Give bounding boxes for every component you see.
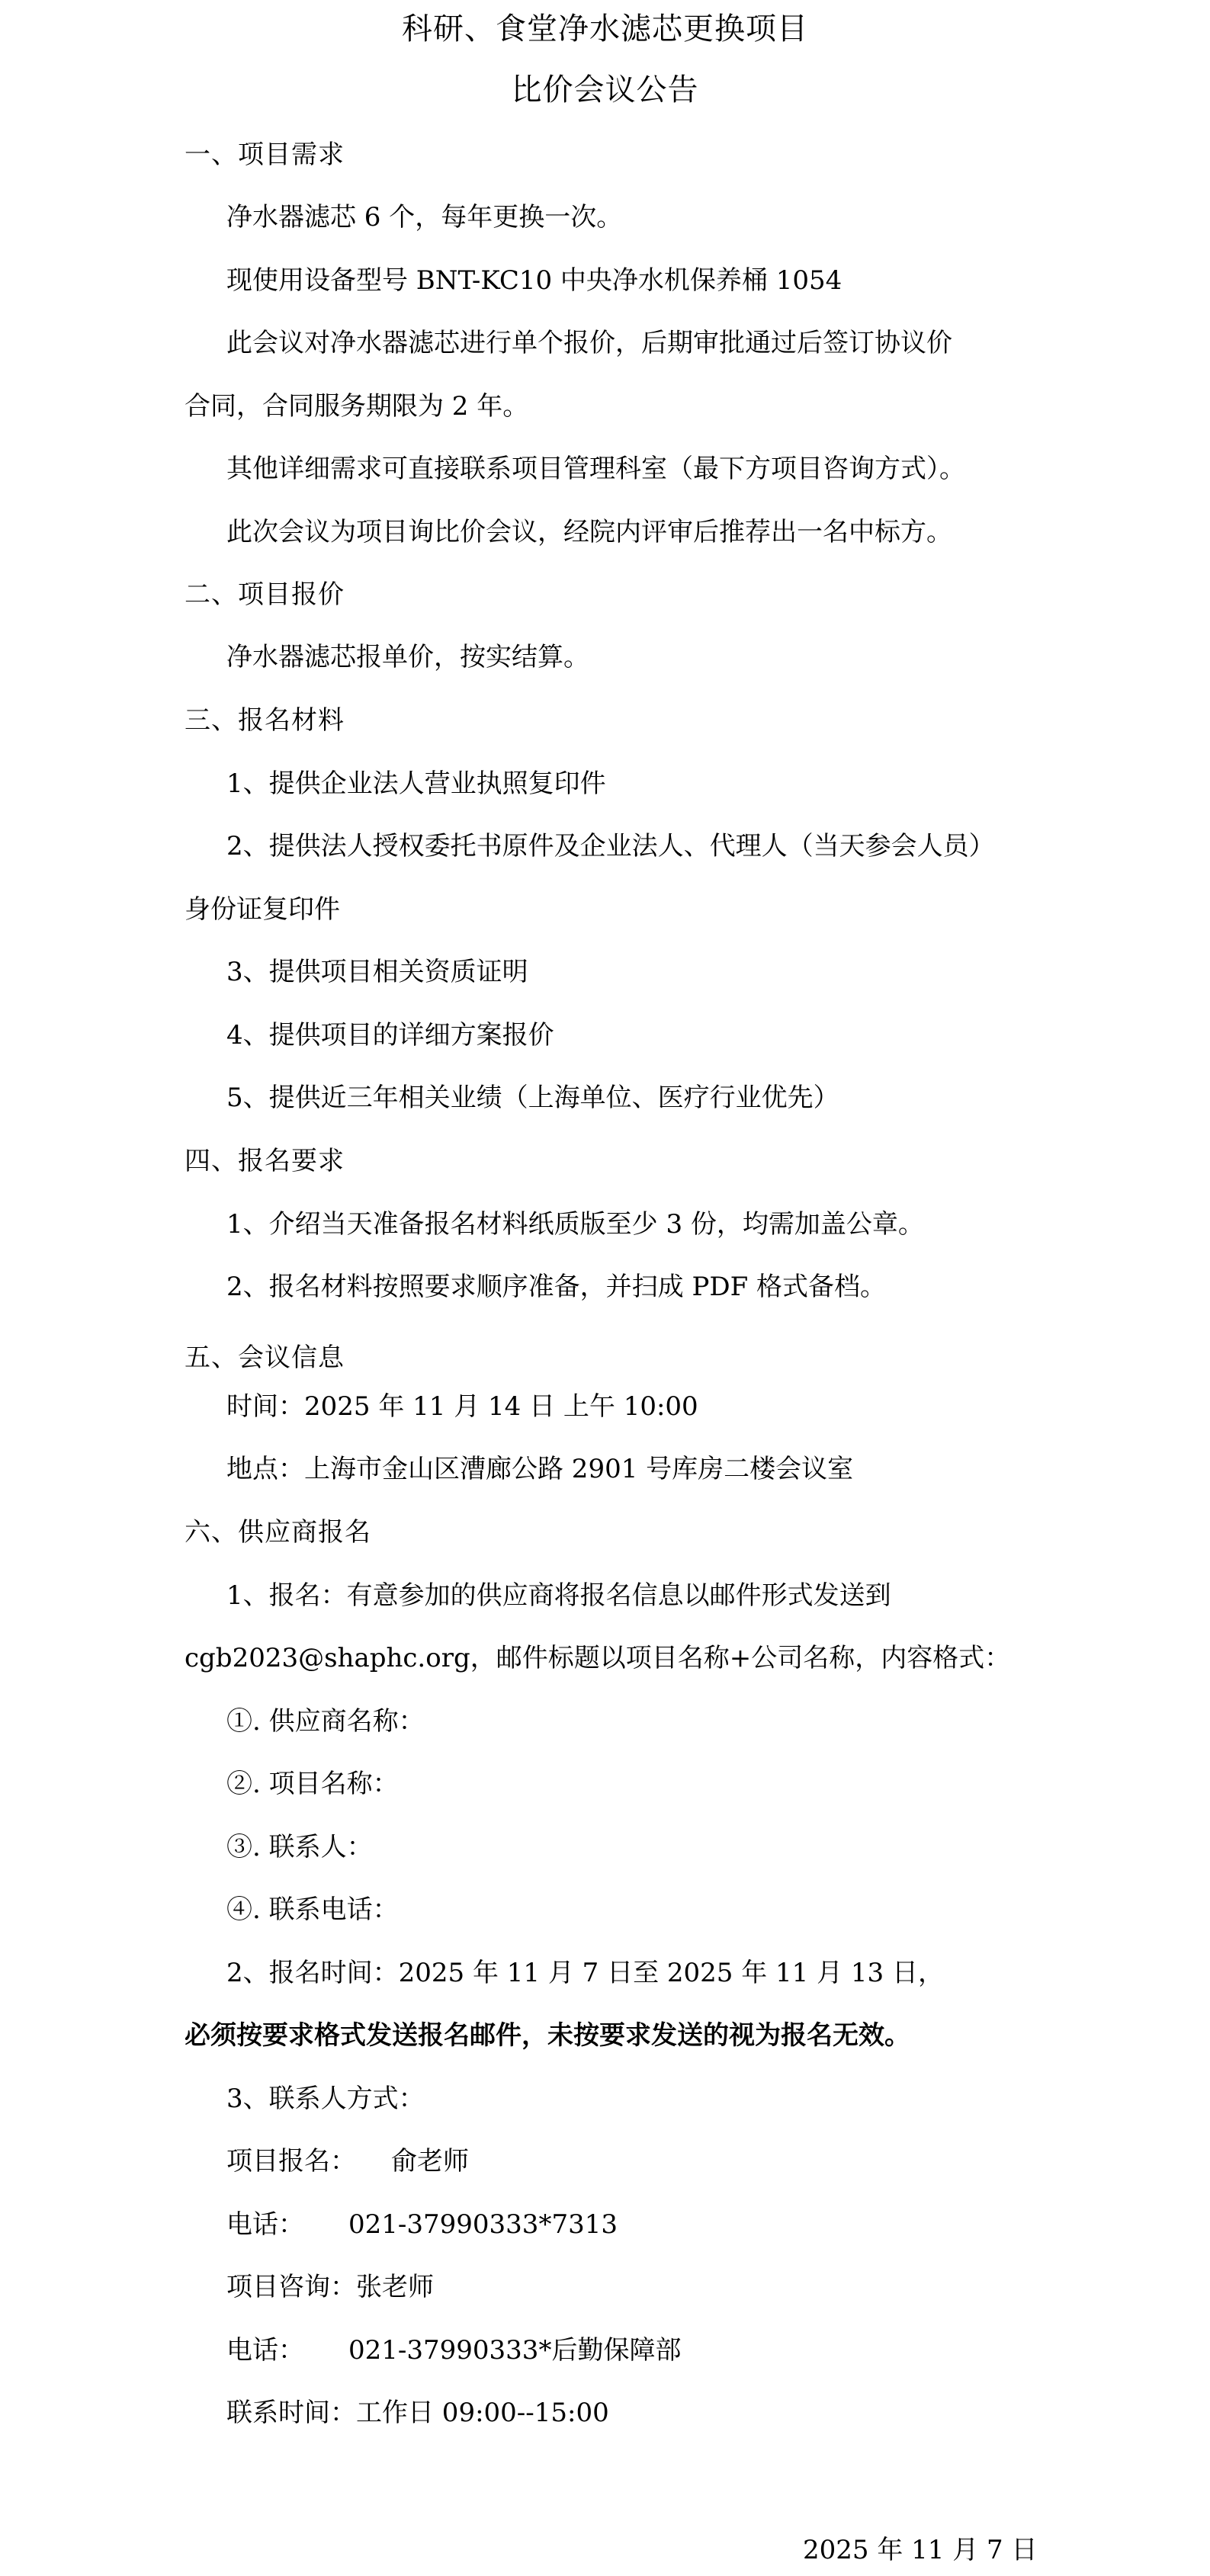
list-item: 1、提供企业法人营业执照复印件	[226, 768, 606, 799]
registration-warning: 必须按要求格式发送报名邮件，未按要求发送的视为报名无效。	[185, 2020, 910, 2051]
contact-hours-label: 联系时间：	[226, 2398, 356, 2428]
paragraph: 其他详细需求可直接联系项目管理科室（最下方项目咨询方式）。	[226, 454, 965, 484]
list-item: 2、报名材料按照要求顺序准备，并扫成 PDF 格式备档。	[226, 1272, 886, 1302]
phone-number: 021-37990333*7313	[348, 2209, 618, 2240]
paragraph: 此会议对净水器滤芯进行单个报价，后期审批通过后签订协议价	[226, 328, 952, 358]
section-heading-supplier-registration: 六、供应商报名	[185, 1517, 371, 1548]
list-item: 2、提供法人授权委托书原件及企业法人、代理人（当天参会人员）	[226, 831, 995, 861]
contact-registration: 项目报名：俞老师	[226, 2146, 469, 2177]
list-item: 3、提供项目相关资质证明	[226, 957, 528, 987]
contact-hours: 联系时间：工作日 09:00--15:00	[226, 2398, 609, 2428]
list-item-continuation: 身份证复印件	[185, 894, 340, 925]
list-item: 4、提供项目的详细方案报价	[226, 1020, 554, 1051]
document-title: 科研、食堂净水滤芯更换项目	[0, 11, 1210, 47]
paragraph: 现使用设备型号 BNT-KC10 中央净水机保养桶 1054	[226, 265, 842, 296]
notice-date: 2025 年 11 月 7 日	[803, 2535, 1037, 2565]
paragraph: 净水器滤芯报单价，按实结算。	[226, 642, 589, 672]
document-subtitle: 比价会议公告	[0, 72, 1210, 108]
meeting-time: 时间：2025 年 11 月 14 日 上午 10:00	[226, 1391, 698, 1422]
registration-period: 2、报名时间：2025 年 11 月 7 日至 2025 年 11 月 13 日…	[226, 1958, 944, 1988]
contact-registration-name: 俞老师	[391, 2146, 469, 2177]
contact-registration-phone: 电话：021-37990333*7313	[226, 2209, 618, 2240]
contact-registration-label: 项目报名：	[226, 2146, 356, 2177]
paragraph: 合同，合同服务期限为 2 年。	[185, 391, 528, 422]
phone-label: 电话：	[226, 2209, 304, 2240]
phone-label: 电话：	[226, 2335, 304, 2366]
section-heading-quotation: 二、项目报价	[185, 579, 345, 610]
format-item-supplier-name: ①. 供应商名称：	[226, 1706, 425, 1737]
paragraph: 此次会议为项目询比价会议，经院内评审后推荐出一名中标方。	[226, 517, 952, 547]
list-item: 1、介绍当天准备报名材料纸质版至少 3 份，均需加盖公章。	[226, 1209, 924, 1240]
registration-email-line: cgb2023@shaphc.org，邮件标题以项目名称+公司名称，内容格式：	[185, 1643, 1010, 1673]
format-item-contact-phone: ④. 联系电话：	[226, 1894, 399, 1925]
phone-number: 021-37990333*后勤保障部	[348, 2335, 681, 2366]
list-item: 5、提供近三年相关业绩（上海单位、医疗行业优先）	[226, 1083, 839, 1113]
format-item-project-name: ②. 项目名称：	[226, 1769, 399, 1799]
contact-consult-label: 项目咨询：	[226, 2272, 356, 2302]
paragraph: 净水器滤芯 6 个，每年更换一次。	[226, 202, 622, 233]
format-item-contact-person: ③. 联系人：	[226, 1832, 373, 1862]
contact-consult-phone: 电话：021-37990333*后勤保障部	[226, 2335, 681, 2366]
list-item: 1、报名：有意参加的供应商将报名信息以邮件形式发送到	[226, 1580, 891, 1611]
meeting-location: 地点：上海市金山区漕廊公路 2901 号库房二楼会议室	[226, 1454, 853, 1484]
contact-consult: 项目咨询：张老师	[226, 2272, 434, 2302]
contact-consult-name: 张老师	[356, 2272, 434, 2302]
section-heading-registration-requirements: 四、报名要求	[185, 1146, 345, 1176]
contact-methods-label: 3、联系人方式：	[226, 2084, 425, 2114]
section-heading-requirements: 一、项目需求	[185, 140, 345, 170]
section-heading-meeting-info: 五、会议信息	[185, 1343, 345, 1373]
contact-hours-value: 工作日 09:00--15:00	[356, 2398, 609, 2428]
section-heading-materials: 三、报名材料	[185, 705, 345, 736]
